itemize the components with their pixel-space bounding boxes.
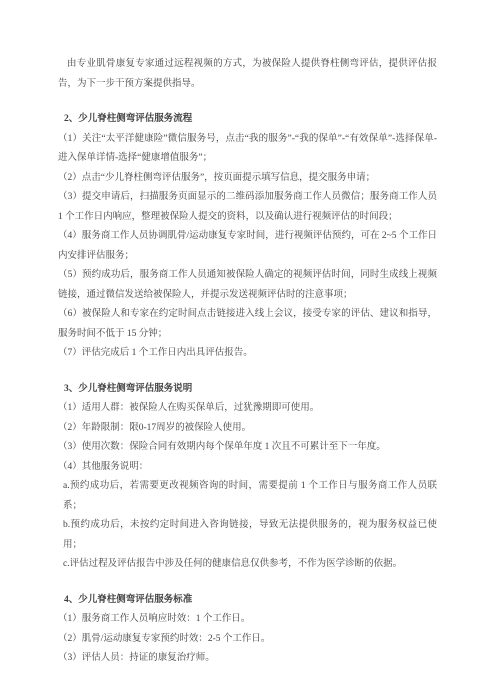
process-item-5: （5）预约成功后，服务商工作人员通知被保险人确定的视频评估时间，同时生成线上视频… xyxy=(58,266,437,305)
process-item-6: （6）被保险人和专家在约定时间点击链接进入线上会议，接受专家的评估、建议和指导，… xyxy=(58,305,437,344)
notes-item-1: （1）适用人群：被保险人在购买保单后，过犹豫期即可使用。 xyxy=(58,399,437,419)
section-heading-standards: 4、少儿脊柱侧弯评估服务标准 xyxy=(58,591,437,611)
section-service-notes: 3、少儿脊柱侧弯评估服务说明 （1）适用人群：被保险人在购买保单后，过犹豫期即可… xyxy=(58,380,437,575)
notes-item-3: （3）使用次数：保险合同有效期内每个保单年度 1 次且不可累计至下一年度。 xyxy=(58,438,437,458)
section-service-standards: 4、少儿脊柱侧弯评估服务标准 （1）服务商工作人员响应时效：1 个工作日。 （2… xyxy=(58,591,437,669)
notes-item-4: （4）其他服务说明： xyxy=(58,458,437,478)
section-heading-notes: 3、少儿脊柱侧弯评估服务说明 xyxy=(58,380,437,400)
standards-item-2: （2）肌骨/运动康复专家预约时效：2-5 个工作日。 xyxy=(58,630,437,650)
process-item-2: （2）点击“少儿脊柱侧弯评估服务”，按页面提示填写信息，提交服务申请； xyxy=(58,169,437,189)
process-item-7: （7）评估完成后 1 个工作日内出具评估报告。 xyxy=(58,344,437,364)
notes-subitem-a: a.预约成功后，若需要更改视频咨询的时间，需要提前 1 个工作日与服务商工作人员… xyxy=(58,477,437,516)
intro-paragraph: 由专业肌骨康复专家通过远程视频的方式，为被保险人提供脊柱侧弯评估，提供评估报告，… xyxy=(58,55,437,94)
process-item-3: （3）提交申请后，扫描服务页面显示的二维码添加服务商工作人员微信；服务商工作人员… xyxy=(58,188,437,227)
standards-item-1: （1）服务商工作人员响应时效：1 个工作日。 xyxy=(58,610,437,630)
section-service-process: 2、少儿脊柱侧弯评估服务流程 （1）关注“太平洋健康险”微信服务号，点击“我的服… xyxy=(58,110,437,364)
notes-item-2: （2）年龄限制：限0-17周岁的被保险人使用。 xyxy=(58,419,437,439)
section-heading-process: 2、少儿脊柱侧弯评估服务流程 xyxy=(58,110,437,130)
notes-subitem-c: c.评估过程及评估报告中涉及任何的健康信息仅供参考，不作为医学诊断的依据。 xyxy=(58,555,437,575)
notes-subitem-b: b.预约成功后，未按约定时间进入咨询链接，导致无法提供服务的，视为服务权益已使用… xyxy=(58,516,437,555)
process-item-1: （1）关注“太平洋健康险”微信服务号，点击“我的服务”-“我的保单”-“有效保单… xyxy=(58,130,437,169)
document-page: 由专业肌骨康复专家通过远程视频的方式，为被保险人提供脊柱侧弯评估，提供评估报告，… xyxy=(0,0,495,700)
process-item-4: （4）服务商工作人员协调肌骨/运动康复专家时间，进行视频评估预约，可在 2~5 … xyxy=(58,227,437,266)
standards-item-3: （3）评估人员：持证的康复治疗师。 xyxy=(58,649,437,669)
